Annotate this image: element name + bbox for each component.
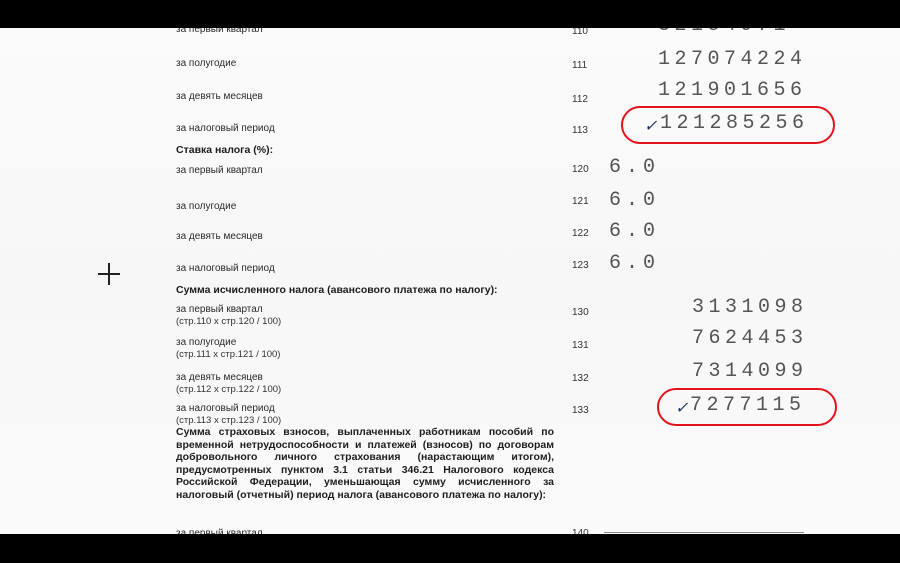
row-label-123: за налоговый период <box>176 263 275 274</box>
checkmark-icon: ✓ <box>675 398 688 418</box>
row-code-112: 112 <box>572 94 588 105</box>
row-value-131: 7624453 <box>692 327 808 350</box>
row-value-112: 121901656 <box>658 79 807 102</box>
row-value-123: 6.0 <box>609 252 660 275</box>
row-value-111: 127074224 <box>658 48 807 71</box>
document-page: за первый квартал 110 32184971 за полуго… <box>0 28 900 534</box>
row-formula-131: (стр.111 x стр.121 / 100) <box>176 349 280 360</box>
row-label-112: за девять месяцев <box>176 91 263 102</box>
row-code-133: 133 <box>572 405 589 416</box>
crosshair-cursor-icon <box>98 263 120 285</box>
row-formula-133: (стр.113 x стр.123 / 100) <box>176 415 281 426</box>
row-code-140: 140 <box>572 528 589 534</box>
row-label-122: за девять месяцев <box>176 231 263 242</box>
row-value-121: 6.0 <box>609 189 660 212</box>
row-code-123: 123 <box>572 260 589 271</box>
row-code-121: 121 <box>572 196 589 207</box>
row-value-110: 32184971 <box>658 28 790 37</box>
row-code-122: 122 <box>572 228 589 239</box>
row-value-130: 3131098 <box>692 296 808 319</box>
row-label-121: за полугодие <box>176 201 236 212</box>
section-title-insurance-contributions: Сумма страховых взносов, выплаченных раб… <box>176 426 554 502</box>
row-value-132: 7314099 <box>692 360 808 383</box>
row-code-120: 120 <box>572 164 589 175</box>
row-code-132: 132 <box>572 373 589 384</box>
row-code-130: 130 <box>572 307 589 318</box>
row-label-113: за налоговый период <box>176 123 275 134</box>
row-label-133: за налоговый период <box>176 403 275 414</box>
row-value-120: 6.0 <box>609 156 660 179</box>
value-line-140 <box>604 532 804 533</box>
row-label-111: за полугодие <box>176 58 236 69</box>
section-title-tax-rate: Ставка налога (%): <box>176 144 273 156</box>
row-code-131: 131 <box>572 340 589 351</box>
row-value-122: 6.0 <box>609 220 660 243</box>
row-code-110: 110 <box>572 28 588 37</box>
row-label-132: за девять месяцев <box>176 372 263 383</box>
row-label-140: за первый квартал <box>176 528 263 534</box>
row-code-113: 113 <box>572 125 588 136</box>
row-value-113: 121285256 <box>660 112 809 135</box>
row-formula-132: (стр.112 x стр.122 / 100) <box>176 384 281 395</box>
row-label-120: за первый квартал <box>176 165 263 176</box>
section-title-calculated-tax: Сумма исчисленного налога (авансового пл… <box>176 284 498 296</box>
row-formula-130: (стр.110 x стр.120 / 100) <box>176 316 281 327</box>
row-value-133: 7277115 <box>690 394 806 417</box>
row-code-111: 111 <box>572 60 587 71</box>
row-label-131: за полугодие <box>176 337 236 348</box>
row-label-130: за первый квартал <box>176 304 263 315</box>
checkmark-icon: ✓ <box>644 116 657 136</box>
row-label-110: за первый квартал <box>176 28 263 35</box>
